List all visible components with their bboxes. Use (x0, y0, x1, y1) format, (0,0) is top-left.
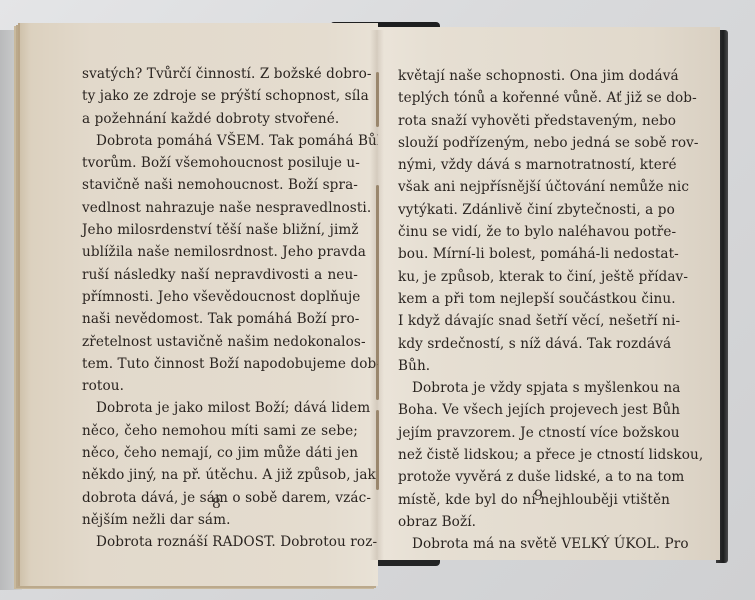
text-line: přímnosti. Jeho vševědoucnost doplňuje (82, 286, 358, 308)
text-line: Dobrota pomáhá VŠEM. Tak pomáhá Bůh (82, 130, 358, 152)
text-line: Dobrota roznáší RADOST. Dobrotou roz- (82, 531, 358, 553)
text-line: než čistě lidskou; a přece je ctností li… (398, 444, 670, 466)
text-line: Boha. Ve všech jejích projevech jest Bůh (398, 399, 670, 421)
text-line: činu se vidí, že to bylo naléhavou potře… (398, 221, 670, 243)
text-line: kem a při tom nejlepší součástkou činu. (398, 288, 670, 310)
text-line: ty jako ze zdroje se prýští schopnost, s… (82, 85, 358, 107)
text-line: nějším nežli dar sám. (82, 509, 358, 531)
right-page-number: 9 (534, 488, 543, 504)
text-line: teplých tónů a kořenné vůně. Ať již se d… (398, 87, 670, 109)
text-line: něco, čeho nemohou míti sami ze sebe; (82, 420, 358, 442)
text-line: protože vyvěrá z duše lidské, a to na to… (398, 466, 670, 488)
text-line: jejím pravzorem. Je ctností více božskou (398, 422, 670, 444)
binding-stitch (376, 185, 379, 400)
text-line: vytýkati. Zdánlivě činí zbytečnosti, a p… (398, 199, 670, 221)
text-line: někdo jiný, na př. útěchu. A již způsob,… (82, 464, 358, 486)
text-line: svatých? Tvůrčí činností. Z božské dobro… (82, 63, 358, 85)
text-line: tem. Tuto činnost Boží napodobujeme dob- (82, 353, 358, 375)
right-page: květají naše schopnosti. Ona jim dodávát… (378, 27, 720, 560)
text-line: slouží podřízeným, nebo jedná se sobě ro… (398, 132, 670, 154)
text-line: Dobrota má na světě VELKÝ ÚKOL. Pro (398, 533, 670, 555)
left-page-text: svatých? Tvůrčí činností. Z božské dobro… (82, 63, 358, 554)
text-line: ublížila naše nemilosrdnost. Jeho pravda (82, 241, 358, 263)
text-line: zřetelnost ustavičně našim nedokonalos- (82, 331, 358, 353)
text-line: rota snaží vyhověti představeným, nebo (398, 110, 670, 132)
text-line: květají naše schopnosti. Ona jim dodává (398, 65, 670, 87)
text-line: a požehnání každé dobroty stvořené. (82, 108, 358, 130)
text-line: vedlnost nahrazuje naše nespravedlnosti. (82, 197, 358, 219)
left-page-number: 8 (212, 496, 221, 512)
binding-stitch (376, 410, 379, 490)
text-line: Dobrota je jako milost Boží; dává lidem (82, 397, 358, 419)
text-line: něco, čeho nemají, co jim může dáti jen (82, 442, 358, 464)
text-line: bou. Mírní-li bolest, pomáhá-li nedostat… (398, 243, 670, 265)
text-line: nými, vždy dává s marnotratností, které (398, 154, 670, 176)
text-line: kdy srdečností, s níž dává. Tak rozdává (398, 333, 670, 355)
photo-scene: svatých? Tvůrčí činností. Z božské dobro… (0, 0, 755, 600)
binding-stitch (376, 72, 379, 127)
text-line: tvorům. Boží všemohoucnost posiluje u- (82, 152, 358, 174)
text-line: stavičně naši nemohoucnost. Boží spra- (82, 174, 358, 196)
text-line: však ani nejpřísnější účtování nemůže ni… (398, 176, 670, 198)
text-line: Bůh. (398, 355, 670, 377)
text-line: ku, je způsob, kterak to činí, ještě pří… (398, 266, 670, 288)
text-line: rotou. (82, 375, 358, 397)
text-line: Jeho milosrdenství těší naše bližní, jim… (82, 219, 358, 241)
text-line: obraz Boží. (398, 511, 670, 533)
text-line: naši nevědomost. Tak pomáhá Boží pro- (82, 308, 358, 330)
left-page: svatých? Tvůrčí činností. Z božské dobro… (18, 23, 378, 586)
right-page-text: květají naše schopnosti. Ona jim dodávát… (398, 65, 670, 556)
text-line: ruší následky naší nepravdivosti a neu- (82, 264, 358, 286)
text-line: I když dávajíc snad šetří věcí, nešetří … (398, 310, 670, 332)
text-line: Dobrota je vždy spjata s myšlenkou na (398, 377, 670, 399)
